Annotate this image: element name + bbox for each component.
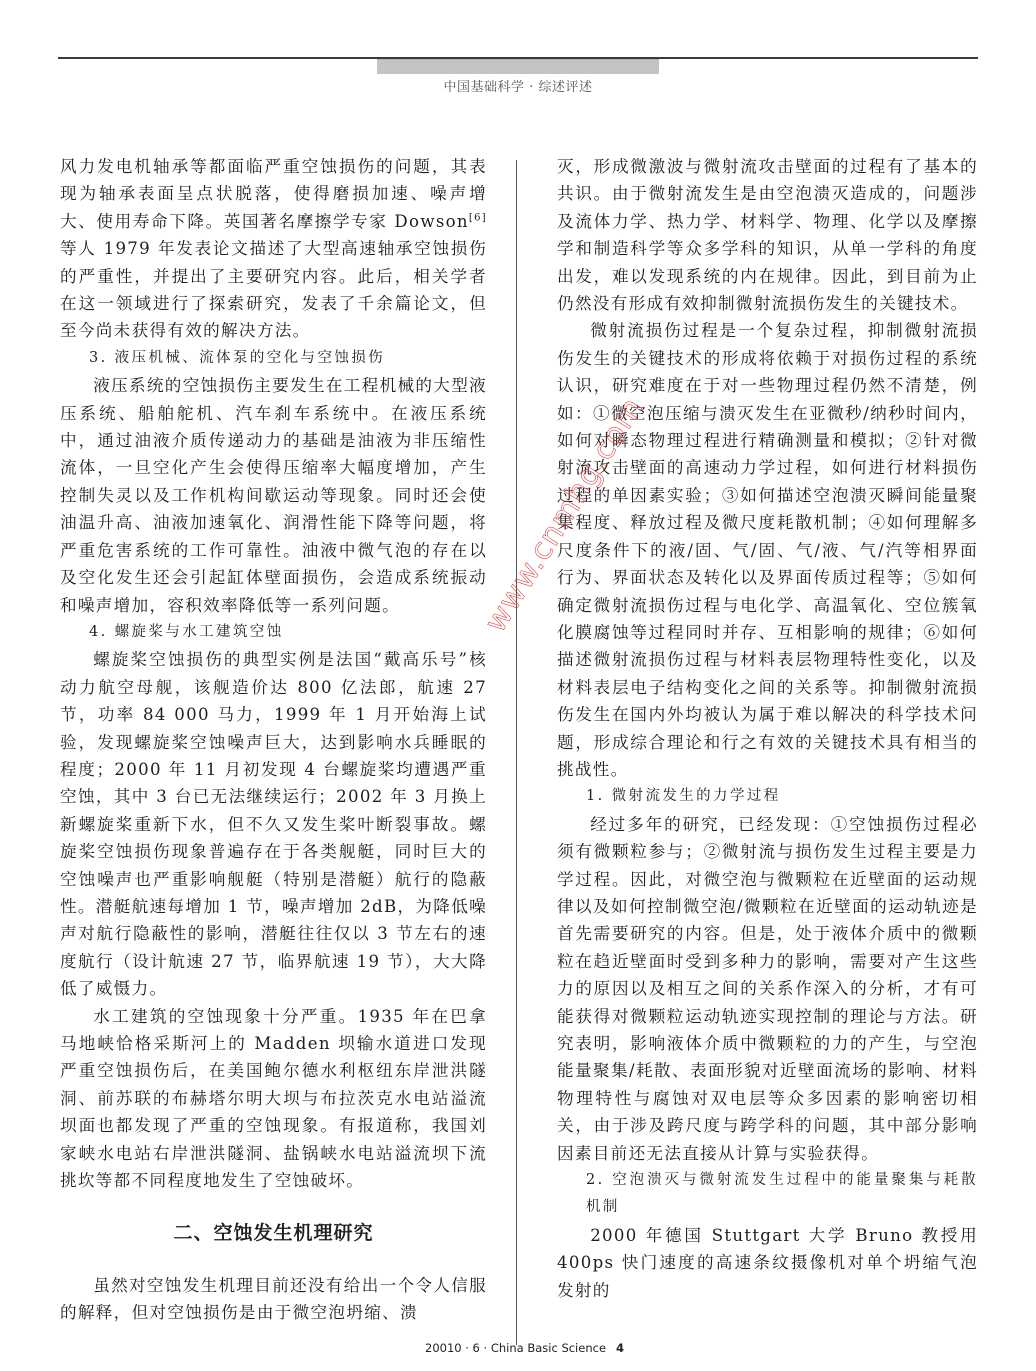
right-column: 灭，形成微激波与微射流攻击壁面的过程有了基本的共识。由于微射流发生是由空泡溃灭造… xyxy=(557,153,978,1304)
header-band xyxy=(377,59,659,74)
page-footer: 20010 · 6 · China Basic Science4 xyxy=(425,1341,624,1355)
paragraph: 经过多年的研究，已经发现：①空蚀损伤过程必须有微颗粒参与；②微射流与损伤发生过程… xyxy=(557,811,978,1167)
paragraph-text: 等人 1979 年发表论文描述了大型高速轴承空蚀损伤的严重性，并提出了主要研究内… xyxy=(60,239,487,340)
page-number: 4 xyxy=(616,1341,624,1355)
section-title: 二、空蚀发生机理研究 xyxy=(60,1220,487,1247)
paragraph: 水工建筑的空蚀现象十分严重。1935 年在巴拿马地峡恰格采斯河上的 Madden… xyxy=(60,1003,487,1195)
subsection-heading-2: 2. 空泡溃灭与微射流发生过程中的能量聚集与耗散机制 xyxy=(557,1167,978,1222)
paragraph: 2000 年德国 Stuttgart 大学 Bruno 教授用 400ps 快门… xyxy=(557,1222,978,1304)
subsection-heading-3: 3. 液压机械、流体泵的空化与空蚀损伤 xyxy=(60,345,487,372)
subsection-heading-4: 4. 螺旋桨与水工建筑空蚀 xyxy=(60,619,487,646)
issue-info: 20010 · 6 · China Basic Science xyxy=(425,1341,606,1355)
paragraph-text: 风力发电机轴承等都面临严重空蚀损伤的问题，其表现为轴承表面呈点状脱落，使得磨损加… xyxy=(60,157,487,231)
column-divider xyxy=(516,160,517,1345)
paragraph: 螺旋桨空蚀损伤的典型实例是法国“戴高乐号”核动力航空母舰，该舰造价达 800 亿… xyxy=(60,646,487,1002)
paragraph: 虽然对空蚀发生机理目前还没有给出一个令人信服的解释，但对空蚀损伤是由于微空泡坍缩… xyxy=(60,1272,487,1327)
paragraph: 液压系统的空蚀损伤主要发生在工程机械的大型液压系统、船舶舵机、汽车刹车系统中。在… xyxy=(60,372,487,619)
subsection-heading-1: 1. 微射流发生的力学过程 xyxy=(557,783,978,810)
citation-ref[interactable]: [6] xyxy=(469,212,487,223)
paragraph: 微射流损伤过程是一个复杂过程，抑制微射流损伤发生的关键技术的形成将依赖于对损伤过… xyxy=(557,317,978,783)
paragraph: 灭，形成微激波与微射流攻击壁面的过程有了基本的共识。由于微射流发生是由空泡溃灭造… xyxy=(557,153,978,317)
journal-section-header: 中国基础科学 · 综述评述 xyxy=(377,76,659,95)
paragraph: 风力发电机轴承等都面临严重空蚀损伤的问题，其表现为轴承表面呈点状脱落，使得磨损加… xyxy=(60,153,487,345)
left-column: 风力发电机轴承等都面临严重空蚀损伤的问题，其表现为轴承表面呈点状脱落，使得磨损加… xyxy=(60,153,487,1327)
